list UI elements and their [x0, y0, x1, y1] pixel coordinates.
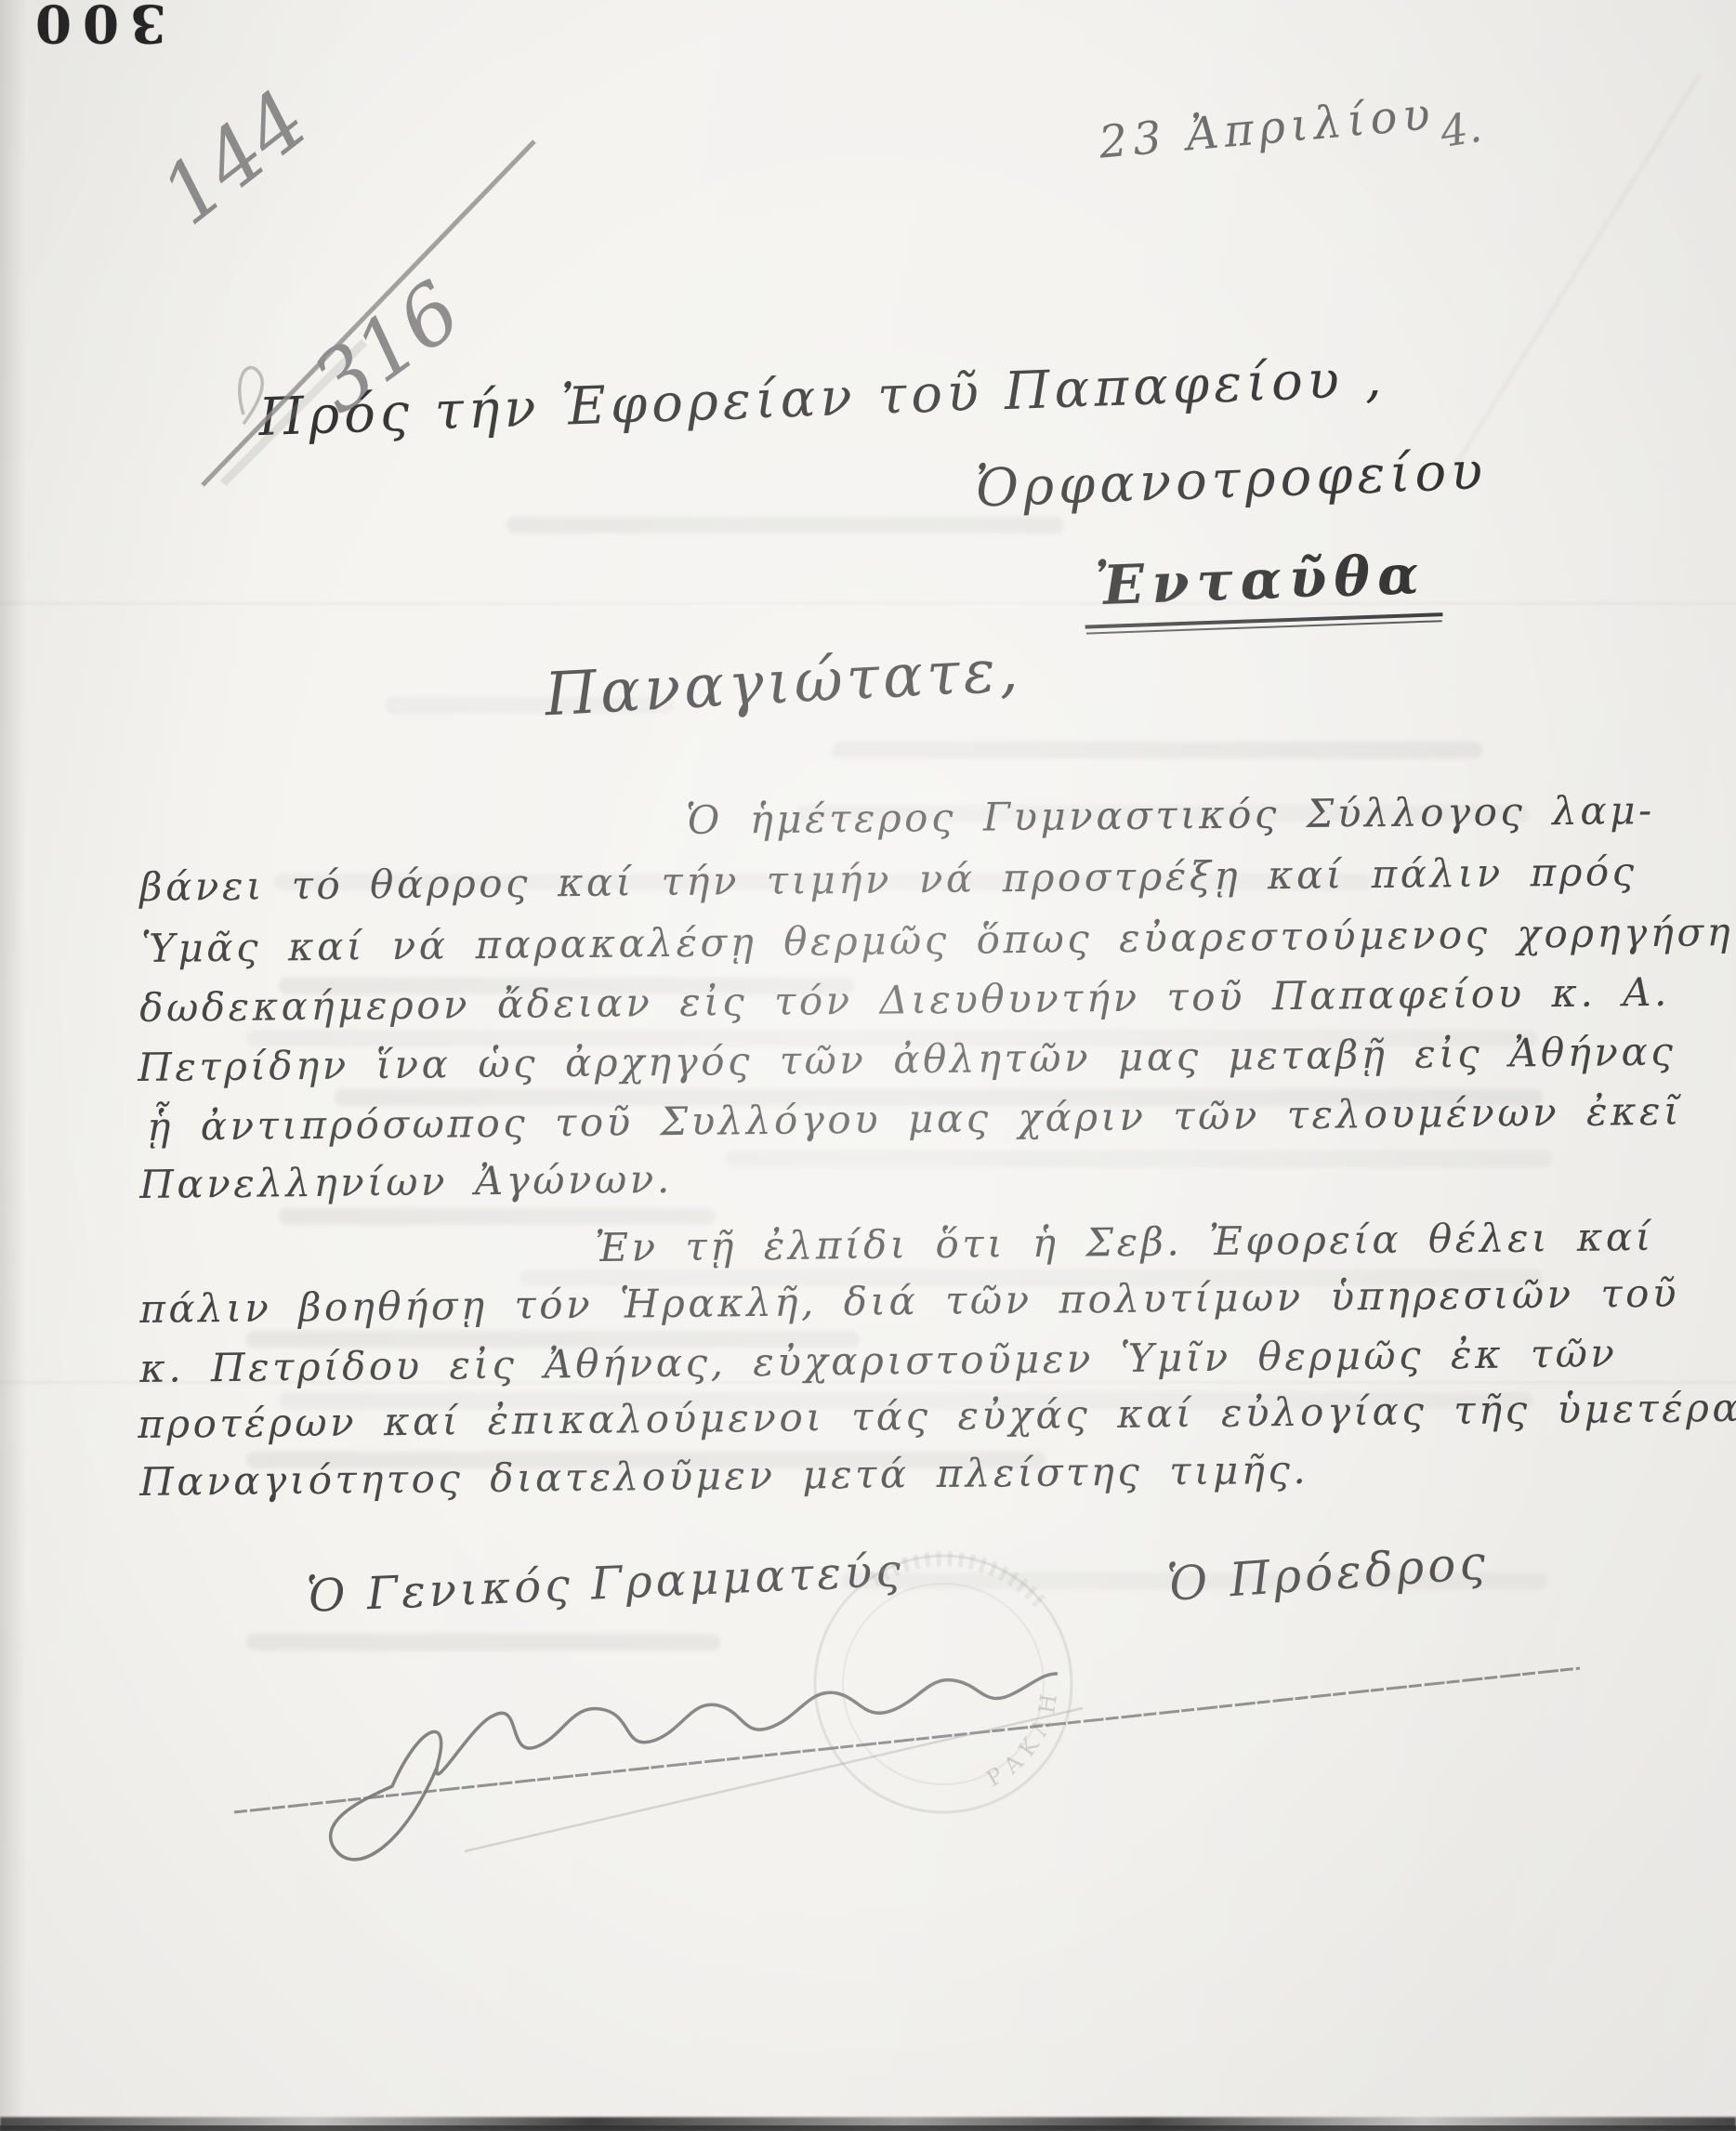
- scanned-letter-page: 300 144 316 23 Ἀπριλίου 4. Πρός τήν Ἐφορ…: [0, 0, 1736, 2131]
- bleedthrough-smudge: [279, 1208, 716, 1225]
- bleedthrough-smudge: [246, 1634, 720, 1651]
- paper-crease: [0, 602, 1736, 605]
- body-line: βάνει τό θάρρος καί τήν τιμήν νά προστρέ…: [139, 848, 1637, 910]
- body-line: Ὑμᾶς καί νά παρακαλέσῃ θερμῶς ὅπως εὐαρε…: [141, 909, 1736, 971]
- address-line-2: Ὀρφανοτροφείου: [975, 441, 1488, 519]
- letter-date-suffix: 4.: [1437, 101, 1485, 157]
- salutation: Παναγιώτατε,: [543, 637, 1023, 730]
- reference-numerator: 144: [143, 72, 325, 243]
- bleedthrough-smudge: [506, 517, 1064, 533]
- body-line: πάλιν βοηθήσῃ τόν Ἡρακλῆ, διά τῶν πολυτί…: [139, 1270, 1679, 1332]
- body-line: Ἐν τῇ ἐλπίδι ὅτι ἡ Σεβ. Ἐφορεία θέλει κα…: [595, 1214, 1654, 1270]
- address-location: Ἐνταῦθα: [1094, 543, 1427, 617]
- scan-left-shadow: [0, 0, 26, 2131]
- letter-date: 23 Ἀπριλίου: [1097, 87, 1437, 168]
- svg-text:ΡΑΚΛΗ: ΡΑΚΛΗ: [981, 1684, 1063, 1792]
- body-line: Πανελληνίων Ἀγώνων.: [139, 1156, 673, 1207]
- secretary-signature: [234, 1668, 1580, 1860]
- signature-title-president: Ὁ Πρόεδρος: [1165, 1535, 1491, 1611]
- signature-title-secretary: Ὁ Γενικός Γραμματεύς: [306, 1545, 905, 1623]
- bleedthrough-smudge: [725, 1151, 1552, 1167]
- seal-text-fragment: ΡΑΚΛΗ: [981, 1684, 1063, 1792]
- archive-number: 300: [24, 0, 166, 54]
- body-line: Ὁ ἡμέτερος Γυμναστικός Σύλλογος λαμ-: [686, 787, 1655, 843]
- scan-bottom-edge: [0, 2125, 1736, 2131]
- bleedthrough-smudge: [832, 742, 1482, 758]
